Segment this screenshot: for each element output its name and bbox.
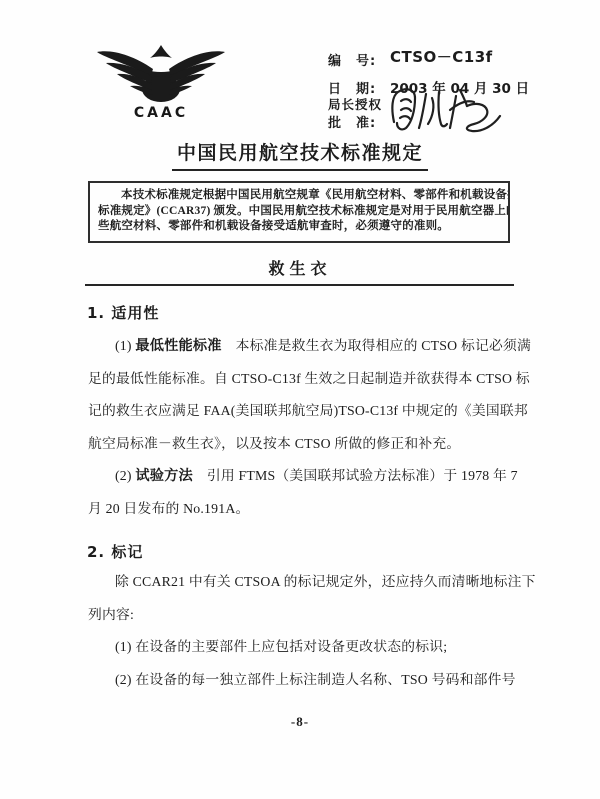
notice-line: 本技术标准规定根据中国民用航空规章《民用航空材料、零部件和机载设备技术 [98,188,500,204]
paragraph-line: 月 20 日发布的 No.191A。 [88,493,528,526]
subject-heading: 救生衣 [0,256,600,279]
paragraph-line: 除 CCAR21 中有关 CTSOA 的标记规定外，还应持久而清晰地标注下 [88,566,528,599]
section-1-body: (1) 最低性能标准 本标准是救生衣为取得相应的 CTSO 标记必须满 足的最低… [88,330,528,526]
caac-logo-text: CAAC [93,105,229,121]
horizontal-rule [85,284,514,286]
document-page: CAAC 编 号: CTSO－C13f 日 期: 2003 年 04 月 30 … [0,0,600,799]
section-2-body: 除 CCAR21 中有关 CTSOA 的标记规定外，还应持久而清晰地标注下 列内… [88,566,528,696]
notice-line: 些航空材料、零部件和机载设备接受适航审查时，必须遵守的准则。 [98,219,500,235]
paragraph-line: 列内容: [88,599,528,632]
section-2-heading: 2. 标记 [87,541,143,562]
paragraph-line: (2) 在设备的每一独立部件上标注制造人名称、TSO 号码和部件号 [88,664,528,697]
caac-logo: CAAC [93,44,229,121]
doc-number-label: 编 号: [328,50,376,69]
notice-box: 本技术标准规定根据中国民用航空规章《民用航空材料、零部件和机载设备技术 标准规定… [88,181,510,243]
section-1-heading: 1. 适用性 [87,302,159,323]
paragraph-line: 航空局标准－救生衣》，以及按本 CTSO 所做的修正和补充。 [88,428,528,461]
paragraph-line: 记的救生衣应满足 FAA(美国联邦航空局)TSO-C13f 中规定的《美国联邦 [88,395,528,428]
paragraph-line: 足的最低性能标准。自 CTSO-C13f 生效之日起制造并欲获得本 CTSO 标 [88,363,528,396]
paragraph-line: (1) 在设备的主要部件上应包括对设备更改状态的标识; [88,631,528,664]
footer: -8- [0,714,600,730]
paragraph-line: (2) 试验方法 引用 FTMS（美国联邦试验方法标准）于 1978 年 7 [88,460,528,493]
approval-signature [388,84,506,136]
approval-label: 批 准: [328,112,376,131]
doc-title: 中国民用航空技术标准规定 [172,138,428,171]
emphasis-run: 最低性能标准 [135,338,221,354]
caac-wings-icon [93,44,229,104]
director-authorization-label: 局长授权 [328,95,382,113]
notice-line: 标准规定》(CCAR37) 颁发。中国民用航空技术标准规定是对用于民用航空器上的… [98,204,500,220]
paragraph-line: (1) 最低性能标准 本标准是救生衣为取得相应的 CTSO 标记必须满 [88,330,528,363]
page-number: -8- [291,714,309,729]
doc-number-value: CTSO－C13f [390,46,493,67]
emphasis-run: 试验方法 [135,468,193,484]
title-row: 中国民用航空技术标准规定 [0,138,600,171]
